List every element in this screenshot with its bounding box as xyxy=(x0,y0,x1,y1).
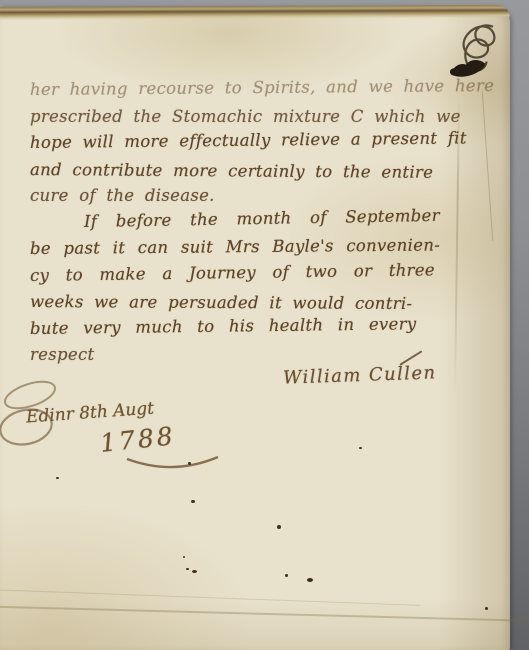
scan-backdrop: her having recourse to Spirits, and we h… xyxy=(0,0,529,650)
ink-speck xyxy=(485,607,488,610)
ink-speck xyxy=(191,500,195,503)
manuscript-page: her having recourse to Spirits, and we h… xyxy=(0,7,510,650)
letter-body: her having recourse to Spirits, and we h… xyxy=(30,77,494,369)
ink-speck xyxy=(285,574,288,577)
letter-line: hope will more effectually relieve a pre… xyxy=(30,125,494,156)
ink-speck xyxy=(188,462,191,465)
year-swash-icon xyxy=(125,454,221,474)
ink-speck xyxy=(277,525,281,529)
ink-speck xyxy=(183,556,185,558)
fold-crease xyxy=(0,606,529,623)
ink-speck xyxy=(186,568,189,570)
ink-speck xyxy=(359,447,362,449)
ink-speck xyxy=(56,477,59,479)
year: 1788 xyxy=(99,421,177,458)
ink-speck xyxy=(307,578,313,582)
signature: William Cullen xyxy=(283,362,437,388)
letter-line: bute very much to his health in every xyxy=(30,310,494,342)
ink-speck xyxy=(192,570,197,573)
page-top-edge xyxy=(0,5,510,20)
letter-line: her having recourse to Spirits, and we h… xyxy=(30,73,494,104)
fold-crease xyxy=(0,589,420,606)
letter-line: and contribute more certainly to the ent… xyxy=(30,157,494,187)
